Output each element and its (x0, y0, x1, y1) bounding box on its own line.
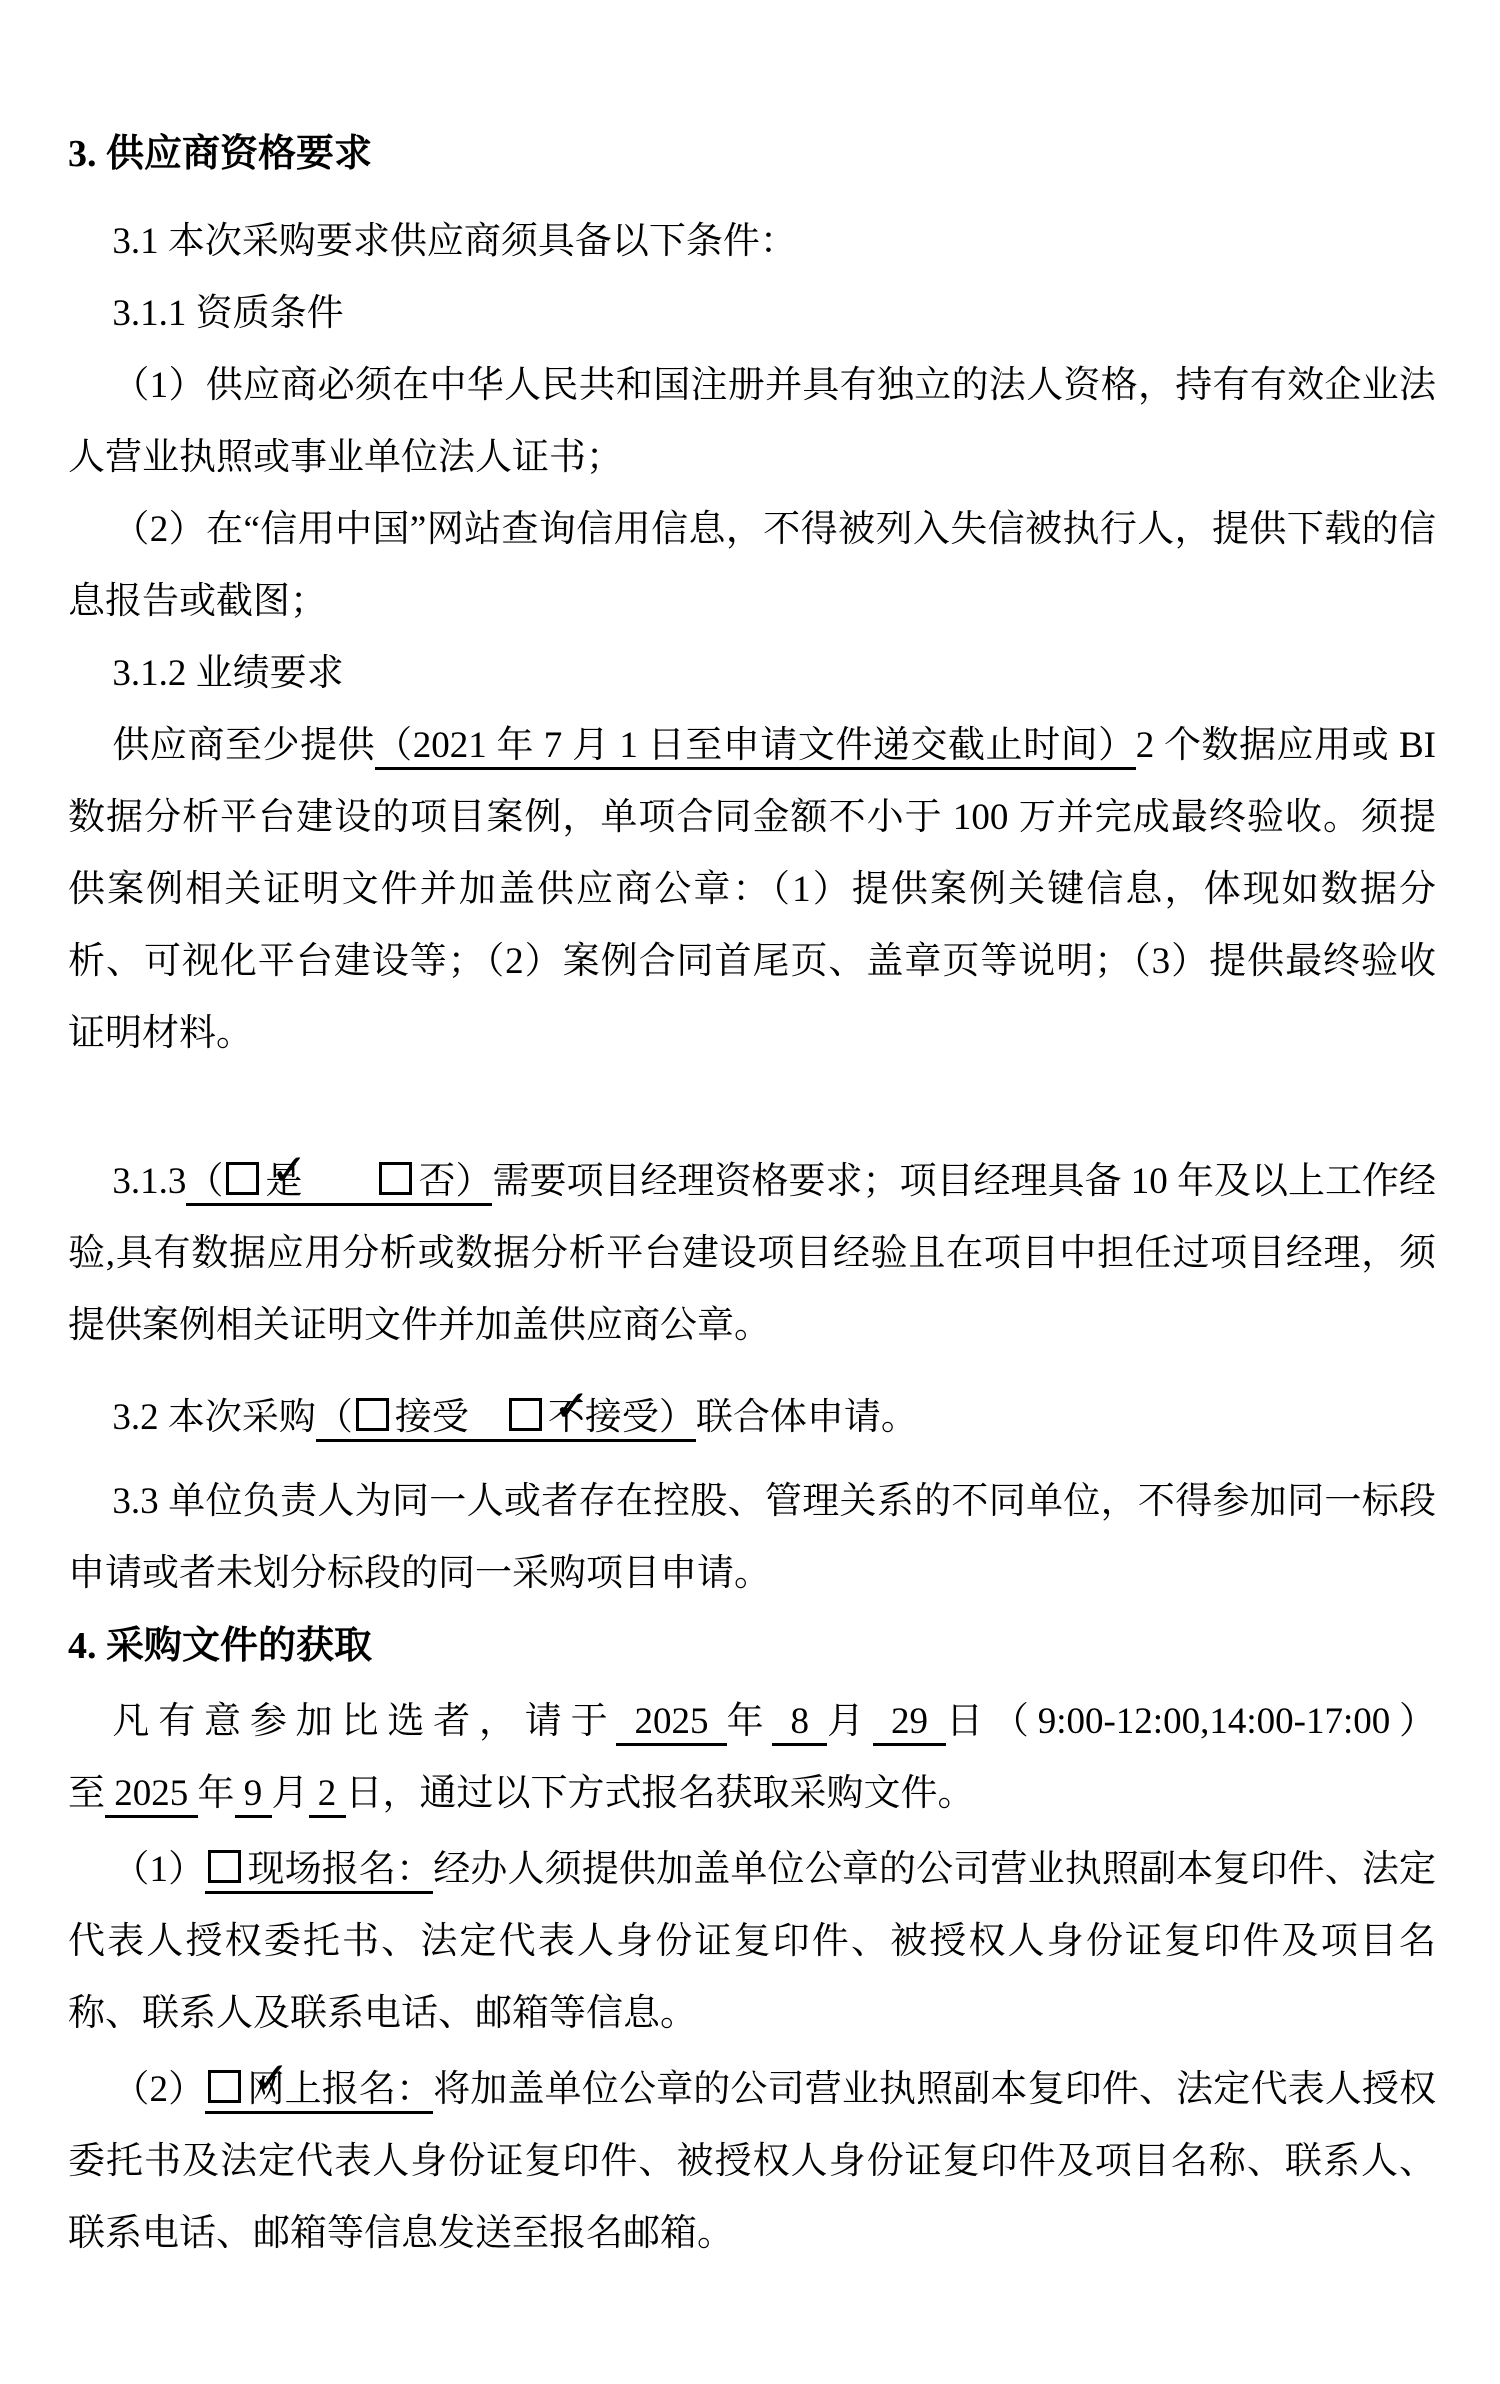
checkbox-accept-icon: ✓ (356, 1398, 389, 1431)
yes-no-choice-underlined: （✓是 ✓否） (186, 1161, 492, 1206)
item-number: （1） (112, 1849, 205, 1890)
onsite-registration-label-underlined: ✓现场报名： (205, 1849, 433, 1894)
checkbox-not-accept-icon: ✓ (509, 1398, 542, 1431)
accept-label: 接受 (395, 1397, 469, 1438)
clause-3-1-2-body: 供应商至少提供（2021 年 7 月 1 日至申请文件递交截止时间）2 个数据应… (68, 710, 1436, 1070)
no-label: 否） (418, 1161, 492, 1202)
day-field-1: 29 (873, 1701, 946, 1746)
dateline-tail: 日，通过以下方式报名获取采购文件。 (346, 1773, 975, 1814)
year-unit: 年 (198, 1773, 235, 1814)
onsite-registration-item: （1）✓现场报名：经办人须提供加盖单位公章的公司营业执照副本复印件、法定代表人授… (68, 1834, 1436, 2050)
month-field-2: 9 (235, 1773, 272, 1818)
clause-3-2-lead: 3.2 本次采购 (112, 1397, 316, 1438)
performance-text-pre: 供应商至少提供 (112, 725, 375, 766)
month-unit: 月 (272, 1773, 309, 1814)
clause-3-1-3: 3.1.3（✓是 ✓否）需要项目经理资格要求；项目经理具备 10 年及以上工作经… (68, 1146, 1436, 1362)
month-unit: 月 (827, 1701, 873, 1742)
check-mark-icon: ✓ (226, 1149, 307, 1193)
year-field-2: 2025 (105, 1773, 198, 1818)
document-page: 3. 供应商资格要求 3.1 本次采购要求供应商须具备以下条件： 3.1.1 资… (0, 0, 1500, 2384)
performance-period-underlined: （2021 年 7 月 1 日至申请文件递交截止时间） (375, 725, 1136, 770)
clause-item-1: （1）供应商必须在中华人民共和国注册并具有独立的法人资格，持有有效企业法人营业执… (68, 350, 1436, 494)
clause-3-2: 3.2 本次采购（✓接受 ✓不接受）联合体申请。 (68, 1382, 1436, 1454)
clause-item-2: （2）在“信用中国”网站查询信用信息，不得被列入失信被执行人，提供下载的信息报告… (68, 494, 1436, 638)
day-field-2: 2 (309, 1773, 346, 1818)
clause-3-3: 3.3 单位负责人为同一人或者存在控股、管理关系的不同单位，不得参加同一标段申请… (68, 1466, 1436, 1610)
online-registration-label-underlined: ✓网上报名： (205, 2069, 433, 2114)
registration-date-line: 凡有意参加比选者，请于 2025 年 8 月 29 日（9:00-12:00,1… (68, 1686, 1436, 1830)
choice-gap (469, 1397, 506, 1438)
clause-3-1-2-heading: 3.1.2 业绩要求 (68, 638, 1436, 710)
checkbox-onsite-icon: ✓ (208, 1850, 241, 1883)
clause-3-1: 3.1 本次采购要求供应商须具备以下条件： (68, 206, 1436, 278)
clause-3-1-1-heading: 3.1.1 资质条件 (68, 278, 1436, 350)
onsite-registration-label: 现场报名： (247, 1849, 433, 1890)
section-3-heading: 3. 供应商资格要求 (68, 118, 1436, 190)
online-registration-item: （2）✓网上报名：将加盖单位公章的公司营业执照副本复印件、法定代表人授权委托书及… (68, 2054, 1436, 2270)
month-field-1: 8 (772, 1701, 827, 1746)
performance-text-post: 2 个数据应用或 BI 数据分析平台建设的项目案例，单项合同金额不小于 100 … (68, 725, 1436, 1054)
choice-gap (302, 1161, 376, 1202)
clause-3-2-tail: 联合体申请。 (696, 1397, 918, 1438)
check-mark-icon: ✓ (208, 2057, 289, 2101)
checkbox-online-icon: ✓ (208, 2070, 241, 2103)
dateline-lead: 凡有意参加比选者，请于 (112, 1701, 616, 1742)
accept-choice-underlined: （✓接受 ✓不接受） (316, 1397, 696, 1442)
checkbox-no-icon: ✓ (379, 1162, 412, 1195)
year-unit: 年 (727, 1701, 773, 1742)
item-number: （2） (112, 2069, 205, 2110)
open-paren: （ (186, 1161, 223, 1202)
section-4-heading: 4. 采购文件的获取 (68, 1610, 1436, 1682)
checkbox-yes-icon: ✓ (226, 1162, 259, 1195)
check-mark-icon: ✓ (509, 1385, 590, 1429)
year-field-1: 2025 (616, 1701, 726, 1746)
open-paren: （ (316, 1397, 353, 1438)
clause-3-1-3-number: 3.1.3 (112, 1161, 186, 1202)
